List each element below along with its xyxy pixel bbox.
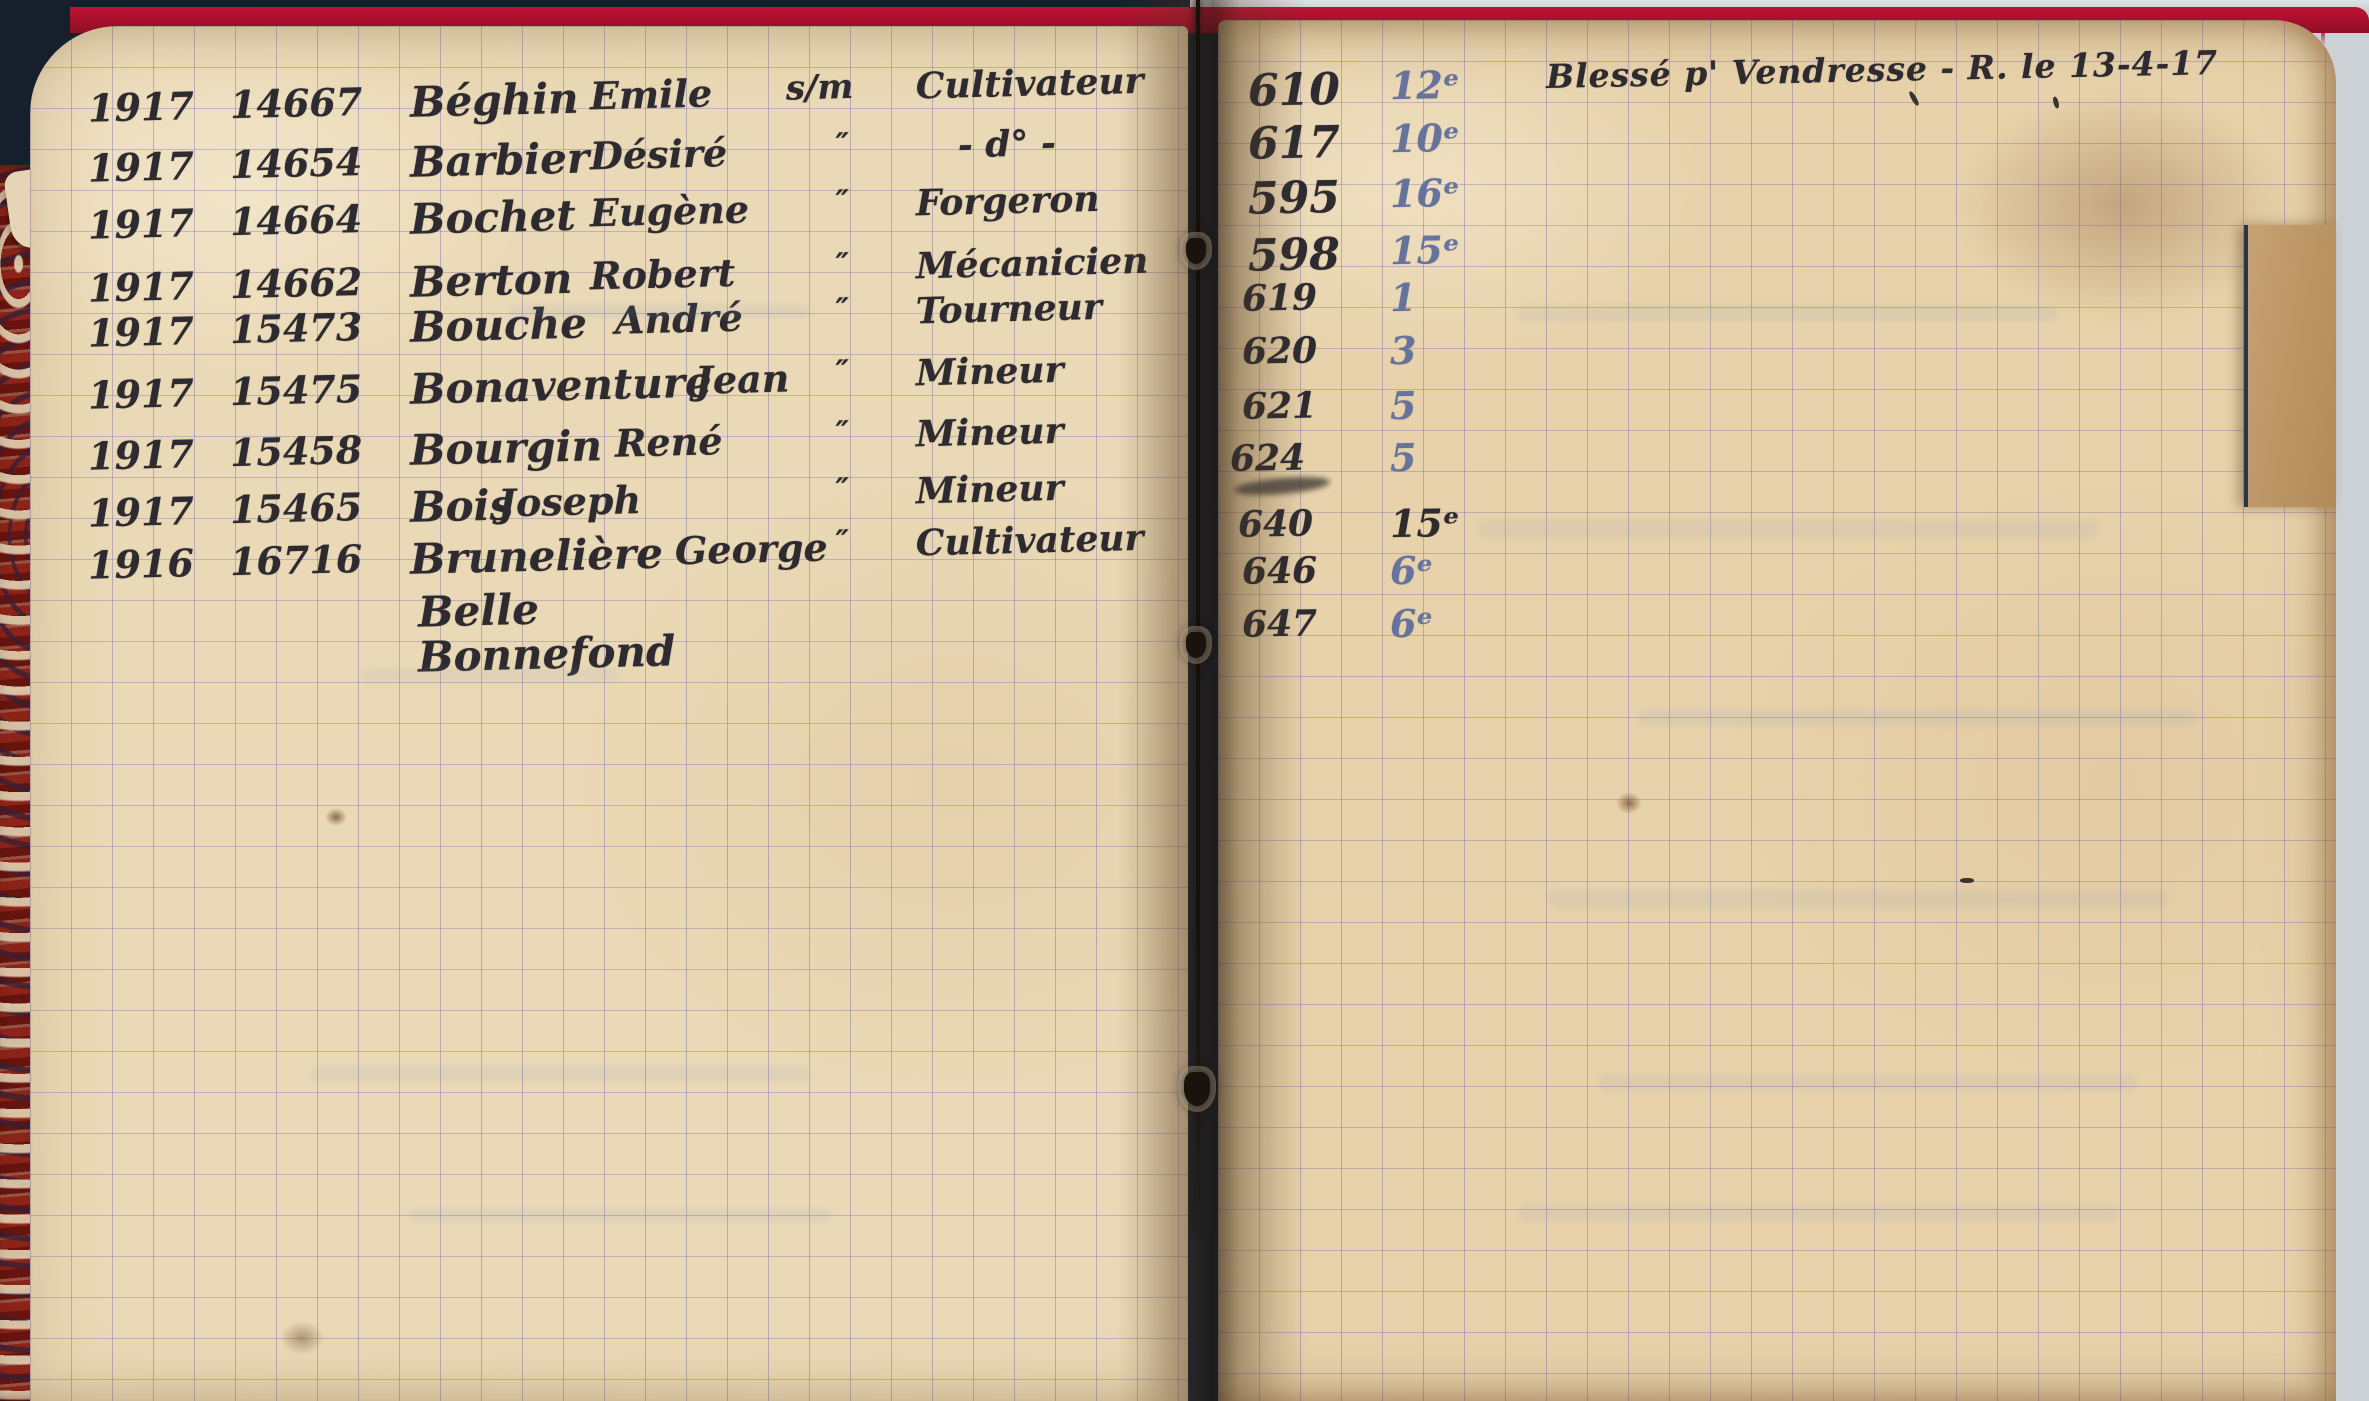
entry-profession: Mineur xyxy=(915,349,1064,395)
entry-ditto-mark: ″ xyxy=(835,184,849,219)
ink-bleed-through xyxy=(1638,710,2198,726)
ink-bleed-through xyxy=(410,1208,830,1222)
entry-matricule: 16716 xyxy=(229,536,362,584)
entry-first-name: Désiré xyxy=(589,130,727,178)
entry-surname: Barbier xyxy=(409,133,589,186)
register-row: 647 6ᵉ xyxy=(1218,592,1919,654)
entry-first-name: Joseph xyxy=(497,477,641,525)
stitch-thread xyxy=(1196,0,1200,1230)
stain-spot xyxy=(1616,792,1642,814)
register-row: 617 10ᵉ xyxy=(1218,107,1919,169)
ink-bleed-through xyxy=(1478,520,2098,538)
ink-bleed-through xyxy=(1598,1075,2138,1091)
stain-spot xyxy=(280,1321,324,1355)
entry-first-name: René xyxy=(614,418,723,466)
entry-unit: 6ᵉ xyxy=(1390,547,1434,593)
entry-first-name: George xyxy=(674,525,828,574)
entry-year: 1917 xyxy=(88,263,195,311)
ink-bleed-through xyxy=(360,668,620,682)
register-row: 610 12ᵉ xyxy=(1218,54,1919,116)
entry-year: 1917 xyxy=(88,308,195,356)
stitch-knot xyxy=(1184,1072,1210,1106)
entry-matricule: 15475 xyxy=(229,366,362,414)
ink-speck xyxy=(1960,878,1974,883)
register-row: 620 3 xyxy=(1218,319,1919,381)
ink-bleed-through xyxy=(510,304,810,318)
entry-profession: Tourneur xyxy=(915,286,1102,333)
ink-bleed-through xyxy=(1518,1205,2118,1221)
ink-bleed-through xyxy=(1548,890,2168,908)
stain-large xyxy=(1958,90,2288,320)
entry-year: 1917 xyxy=(88,370,195,418)
entry-ditto-mark: ″ xyxy=(835,127,849,162)
entry-unit: 12ᵉ xyxy=(1390,62,1461,108)
repaired-corner-patch xyxy=(2244,225,2336,507)
entry-first-name: André xyxy=(614,295,743,343)
entry-surname: Brunelière xyxy=(409,529,663,584)
right-page: Blessé p' Vendresse - R. le 13-4-17 610 … xyxy=(1218,20,2336,1401)
entry-unit: 6ᵉ xyxy=(1390,600,1434,646)
entry-ditto-mark: ″ xyxy=(835,247,849,282)
ink-bleed-through xyxy=(310,1066,810,1082)
entry-ditto-mark: ″ xyxy=(835,524,849,559)
entry-year: 1917 xyxy=(88,143,195,191)
entry-first-name: Jean xyxy=(694,356,789,403)
entry-first-name: Emile xyxy=(589,70,712,118)
entry-first-name: Robert xyxy=(589,250,735,299)
entry-profession: Cultivateur xyxy=(915,60,1144,108)
entry-matricule: 14654 xyxy=(229,139,362,187)
entry-matricule: 14667 xyxy=(229,79,362,127)
entry-unit: 10ᵉ xyxy=(1390,115,1461,161)
entry-year: 1916 xyxy=(88,540,195,588)
ink-bleed-through xyxy=(1518,305,2058,321)
entry-matricule: 15458 xyxy=(229,427,362,475)
entry-unit: 15ᵉ xyxy=(1390,227,1461,273)
entry-ditto-mark: ″ xyxy=(835,354,849,389)
left-page: 1917 14667 Béghin Emile s/m Cultivateur … xyxy=(30,26,1188,1401)
entry-unit: 1 xyxy=(1390,275,1417,320)
entry-matricule: 15465 xyxy=(229,484,362,532)
register-row: 595 16ᵉ xyxy=(1218,162,1919,224)
entry-matricule: 14664 xyxy=(229,196,362,244)
entry-surname: Bourgin xyxy=(409,421,602,475)
entry-first-name: Eugène xyxy=(589,186,749,235)
entry-surname: Bochet xyxy=(409,191,576,244)
stitch-knot xyxy=(1186,238,1206,264)
entry-grade: s/m xyxy=(785,67,854,109)
entry-unit: 16ᵉ xyxy=(1390,170,1461,216)
entry-surname: Bonaventure xyxy=(409,357,712,413)
entry-matricule: 15473 xyxy=(229,304,362,352)
entry-profession: - d° - xyxy=(957,122,1056,166)
entry-ditto-mark: ″ xyxy=(835,292,849,327)
entry-unit: 5 xyxy=(1390,383,1417,428)
entry-unit: 3 xyxy=(1390,328,1417,373)
entry-ditto-mark: ″ xyxy=(835,415,849,450)
entry-year: 1917 xyxy=(88,200,195,248)
binding-fold xyxy=(1118,0,1308,1401)
entry-year: 1917 xyxy=(88,488,195,536)
entry-profession: Cultivateur xyxy=(915,517,1144,565)
entry-unit: 15ᵉ xyxy=(1390,500,1461,546)
entry-ditto-mark: ″ xyxy=(835,472,849,507)
entry-unit: 5 xyxy=(1390,435,1417,480)
register-row: 624 5 xyxy=(1218,426,1919,488)
entry-profession: Forgeron xyxy=(915,178,1100,224)
entry-matricule: 14662 xyxy=(229,259,362,307)
entry-profession: Mineur xyxy=(915,410,1064,456)
stitch-knot xyxy=(1186,632,1206,658)
entry-profession: Mineur xyxy=(915,467,1064,513)
entry-surname: Belle xyxy=(417,585,539,637)
entry-year: 1917 xyxy=(88,431,195,479)
entry-year: 1917 xyxy=(88,83,195,131)
stain-spot xyxy=(325,808,347,826)
entry-profession: Mécanicien xyxy=(915,240,1148,288)
entry-surname: Béghin xyxy=(409,74,579,127)
